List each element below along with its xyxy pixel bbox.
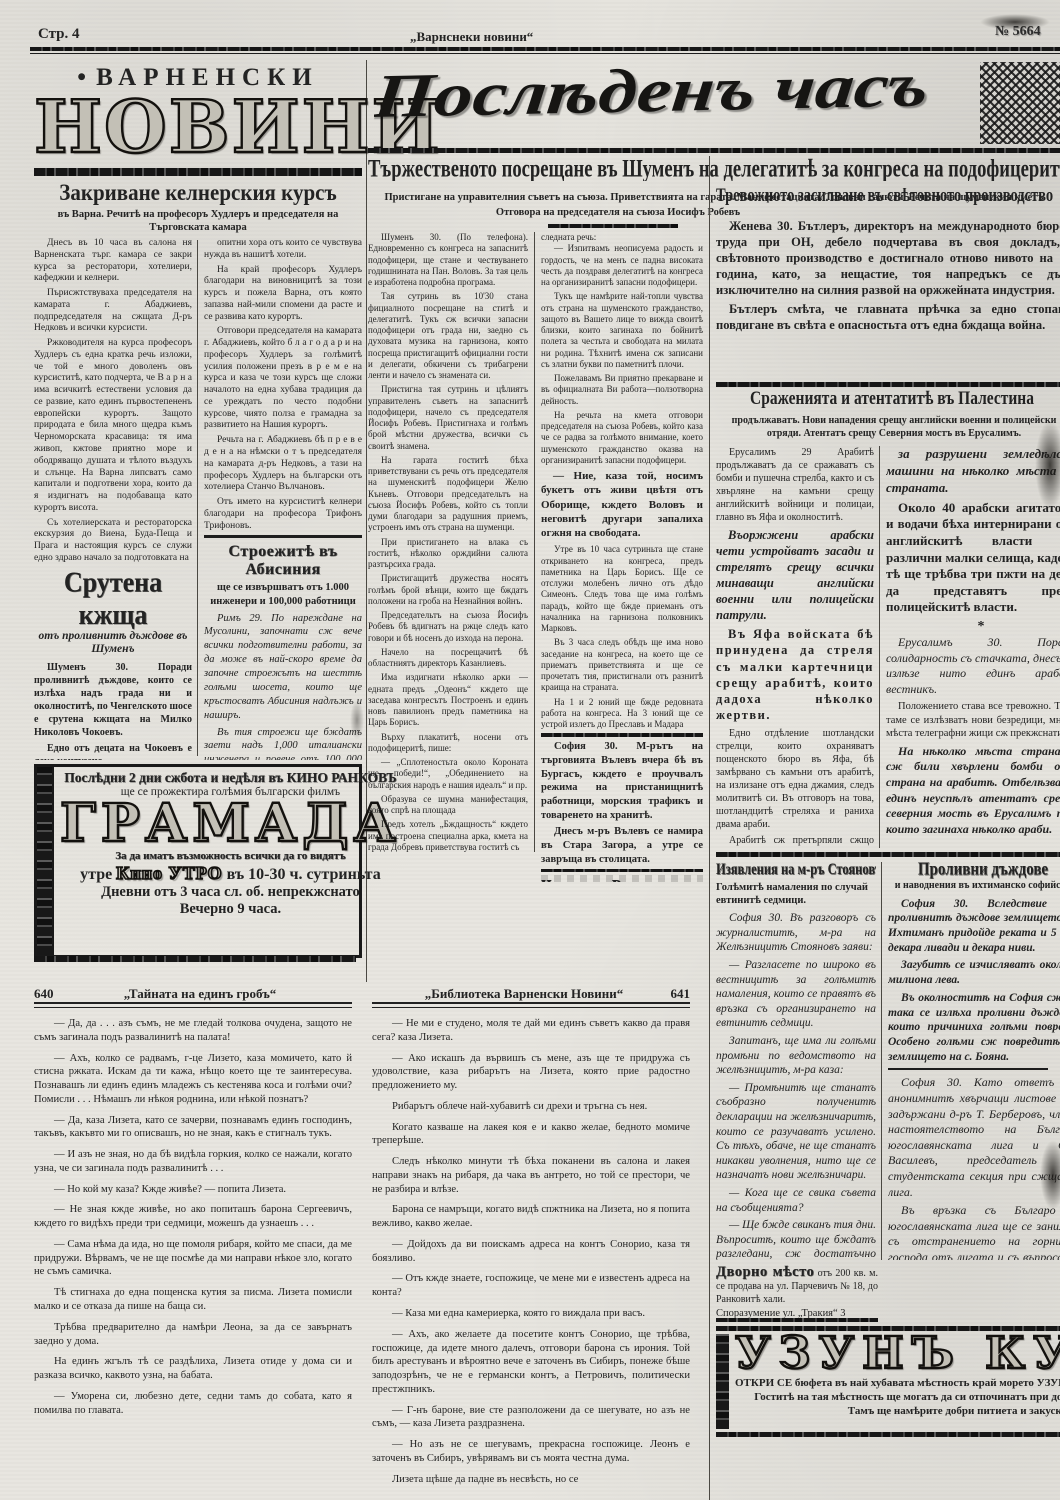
divider-rule (888, 1068, 1048, 1070)
uzun-line1: ОТКРИ СЕ бюфета въ най хубавата мѣстност… (735, 1377, 1060, 1391)
vulev-news: София 30. М-рътъ на търговията Вълевъ вч… (541, 740, 703, 866)
palestine-subhead: продължаватъ. Нови нападения срещу англи… (716, 414, 1060, 442)
cinema-ad-line4b: Кино УТРО (116, 863, 222, 883)
feuilleton-title-right: „Библиотека Варненски Новини“ (402, 986, 646, 1002)
srutena-headline: Срутена кжща (34, 569, 192, 629)
ad-bottom-rule (34, 956, 356, 962)
palestine-colR: за разрушени земледѣлски машини на нѣкол… (886, 446, 1060, 848)
cinema-ad-line5: Дневни отъ 3 часа сл. об. непрекжснато (60, 884, 401, 901)
divider-rule (204, 535, 362, 538)
newspaper-page: Стр. 4 „Варнснеки новини“ № 5664 •ВАРНЕН… (0, 0, 1060, 1500)
feuilleton-section: 640 „Тайната на единъ гробъ“ — Да, да . … (34, 986, 690, 1494)
uzun-line2: Гоститѣ на тая мѣстность ще могатъ да си… (735, 1391, 1060, 1405)
newspaper-running-title: „Варнснеки новини“ (410, 29, 533, 45)
uzun-line3: Тамъ ще намѣрите добри питиета и закуски… (735, 1405, 1060, 1417)
column-rule (881, 862, 882, 1260)
rains-body: София 30. Вследствие на проливнитѣ дъждо… (888, 897, 1060, 1065)
kelner-article-col1: Днесъ въ 10 часа въ салона ня Варненскат… (34, 238, 192, 565)
feuilleton-text-right: — Не ми е студено, моля те дай ми единъ … (372, 1017, 690, 1486)
classified-title: Дворно мѣсто (716, 1264, 814, 1280)
feuilleton-title-left: „Тайната на единъ гробъ“ (78, 986, 322, 1002)
colB-bold-quote: — Ние, каза той, носимъ букетъ отъ живи … (541, 469, 703, 540)
masthead-rule (34, 168, 362, 176)
feuilleton-right-page: „Библиотека Варненски Новини“ 641 — Не м… (372, 986, 690, 1493)
rains-article: Проливни дъждове и наводнения въ ихтиман… (888, 862, 1060, 1260)
kelner-article-col2: опитни хора отъ които се чувствува нужда… (204, 238, 362, 532)
feuilleton-header-rule (34, 1002, 352, 1008)
ink-smudge (1035, 420, 1060, 510)
palestine-headline: Сраженията и атентатитѣ въ Палестина (716, 390, 1060, 408)
uzun-title: УЗУНЪ КУМЪ (735, 1331, 1060, 1377)
kelner-headline: Закриване келнерския курсъ (34, 180, 362, 205)
column-rule (197, 240, 198, 756)
uzun-signature: Отъ съдържателя (735, 1417, 1060, 1432)
palestine-colR-big: Около 40 арабски агитатори и водачи бѣха… (886, 500, 1060, 616)
column-rule (879, 446, 880, 848)
cinema-ad-line1: Послѣдни 2 дни сжбота и недѣля въ КИНО Р… (60, 770, 401, 786)
ink-smudge (350, 700, 364, 740)
cinema-ad: Послѣдни 2 дни сжбота и недѣля въ КИНО Р… (34, 764, 362, 958)
page-number-label: Стр. 4 (38, 26, 80, 43)
feuilleton-header-rule (372, 1002, 690, 1008)
right-news-column: Тревожното засилване въ свѣтовното произ… (716, 60, 1060, 1500)
feuilleton-page-number-right: 641 (646, 986, 690, 1002)
cinema-ad-line4: утре Кино УТРО въ 10-30 ч. сутриньта (60, 863, 401, 884)
masthead-title: НОВИНИ (34, 92, 362, 161)
divider-rule (716, 1318, 878, 1322)
read-varnenski-novini-promo: Четете в. Варненски новини (541, 875, 703, 882)
column-rule (534, 232, 535, 852)
ink-smudge (980, 14, 1050, 30)
abisinia-headline: Строежитѣ въ Абисиния (204, 543, 362, 579)
srutena-subhead: отъ проливнитѣ дъждове въ Шуменъ (34, 630, 192, 658)
stoyanov-subhead: Голѣмитѣ намаления по случай евтинитѣ се… (716, 881, 876, 907)
classified-ad: Дворно мѣсто отъ 200 кв. м. се продава н… (716, 1263, 878, 1325)
subhead-rule (548, 224, 678, 228)
header-rule (30, 47, 1060, 51)
palestine-colL-emphasis: Въоржжени арабски чети устройватъ засади… (716, 527, 874, 623)
ad-bottom-rule (716, 1432, 1060, 1437)
geneva-article: Женева 30. Бътлеръ, директоръ на междуна… (716, 218, 1060, 380)
feuilleton-left-page: 640 „Тайната на единъ гробъ“ — Да, да . … (34, 986, 352, 1424)
cinema-ad-line4a: утре (80, 866, 112, 883)
ad-ornament-strip (716, 1334, 729, 1429)
palestine-colR-emphasis: за разрушени земледѣлски машини на нѣкол… (886, 446, 1060, 497)
anon-leaflets-article: София 30. Като ответъ на анонимнитѣ хвър… (888, 1075, 1060, 1260)
ink-smudge (1040, 1140, 1060, 1210)
congress-article-colA: Шуменъ 30. (По телефона). Едновременно с… (368, 232, 528, 852)
left-articles-area: Днесъ въ 10 часа въ салона ня Варненскат… (34, 238, 362, 760)
cinema-ad-title: ГРАМАДА (60, 798, 401, 850)
feuilleton-text-left: — Да, да . . . азъ съмъ, не ме гледай то… (34, 1017, 352, 1417)
header-rule-thin (30, 53, 1060, 54)
divider-rule (716, 382, 1060, 387)
kelner-subhead: въ Варна. Речитѣ на професоръ Худлеръ и … (34, 208, 362, 234)
feuilleton-page-number-left: 640 (34, 986, 78, 1002)
stoyanov-headline: Изявления на м-ръ Стояновъ (716, 862, 876, 877)
divider-rule (541, 733, 703, 737)
abisinia-subhead: ще се извършватъ отъ 1.000 инженери и 10… (204, 581, 362, 607)
rains-subhead: и наводнения въ ихтиманско софийско (888, 880, 1060, 893)
stoyanov-body: София 30. Въ разговоръ съ журналиститѣ, … (716, 911, 876, 1260)
masthead: •ВАРНЕНСКИ НОВИНИ (34, 64, 362, 161)
cinema-ad-line6: Вечерно 9 часа. (60, 901, 401, 918)
ad-ornament-strip (37, 767, 54, 955)
palestine-colL-big: Въ Яфа войската бѣ принудена да стреля с… (716, 626, 874, 724)
colB-program: Утре въ 10 часа сутриньта ще стане откри… (541, 544, 703, 730)
uzun-kum-ad: УЗУНЪ КУМЪ ОТКРИ СЕ бюфета въ най хубава… (716, 1326, 1060, 1466)
left-column-1: Днесъ въ 10 часа въ салона ня Варненскат… (34, 238, 192, 760)
palestine-colL-intro: Ерусалимъ 29 Арабитѣ продължаватъ да се … (716, 446, 874, 524)
geneva-headline: Тревожното засилване въ свѣтовното произ… (716, 188, 1060, 205)
palestine-colL: Ерусалимъ 29 Арабитѣ продължаватъ да се … (716, 446, 874, 848)
palestine-colL-tail: Едно отдѣление шотландски стрелци, които… (716, 727, 874, 849)
stoyanov-article: Изявления на м-ръ Стояновъ Голѣмитѣ нама… (716, 862, 876, 1260)
column-rule (709, 156, 710, 1500)
abisinia-article: Римъ 29. По нареждане на Мусолини, започ… (204, 612, 362, 760)
cinema-ad-line4c: въ 10-30 ч. сутриньта (227, 866, 381, 883)
section-star: * (886, 619, 1060, 635)
divider-rule (716, 852, 1060, 857)
srutena-article: Шуменъ 30. Поради проливнитѣ дъждове, ко… (34, 661, 192, 760)
rains-headline: Проливни дъждове (888, 862, 1060, 879)
palestine-colR-bombs: На нѣколко мѣста страната сж били хвърле… (886, 744, 1060, 838)
congress-article-colB: следната речь: — Изпитвамъ неописуема ра… (541, 232, 703, 882)
colB-speech: — Изпитвамъ неописуема радость и гордост… (541, 243, 703, 466)
left-column-2: опитни хора отъ които се чувствува нужда… (204, 238, 362, 760)
divider-rule (541, 869, 703, 872)
colB-lead-line: следната речь: (541, 232, 703, 243)
palestine-colR-unrest: Положението става все тревожно. Тукъ там… (886, 700, 1060, 740)
palestine-colR-jer30: Ерусалимъ 30. Поради солидарность съ ста… (886, 635, 1060, 697)
